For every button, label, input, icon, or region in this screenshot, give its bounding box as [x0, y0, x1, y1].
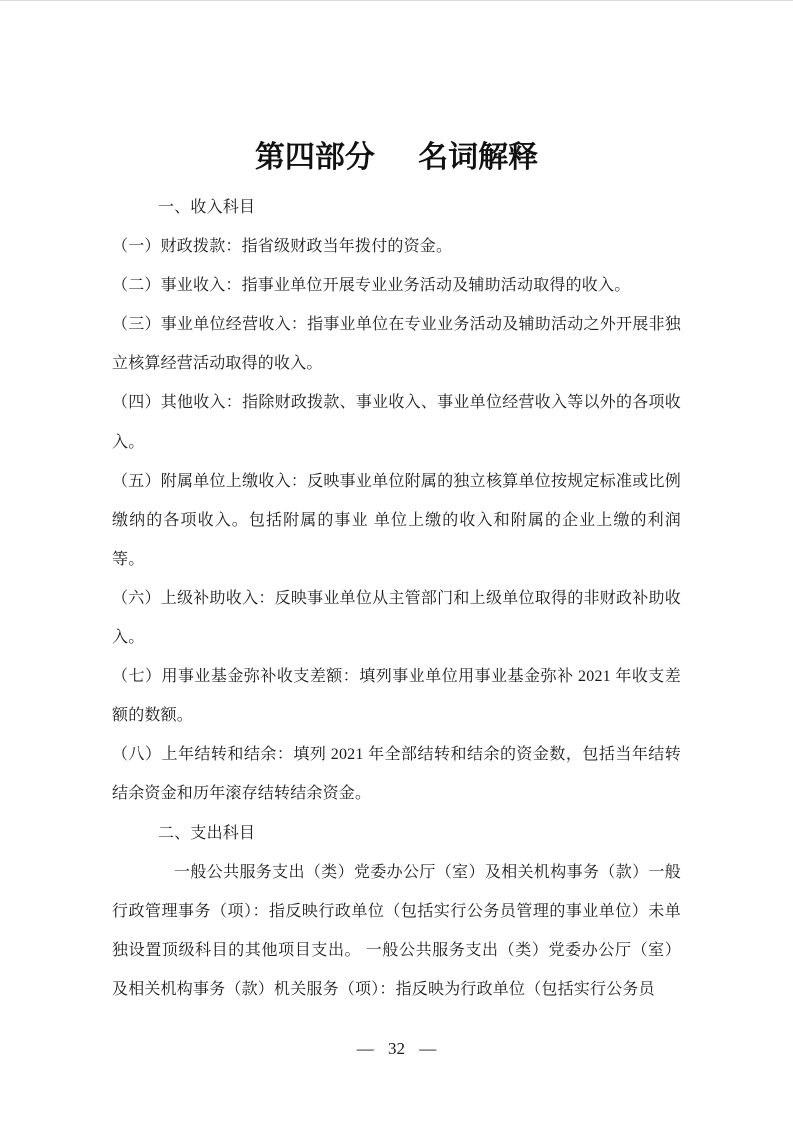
income-term-qitashouru: （四）其他收入：指除财政拨款、事业收入、事业单位经营收入等以外的各项收入。: [112, 383, 681, 461]
page-number: — 32 —: [0, 1037, 793, 1061]
income-term-shangjibuzhu: （六）上级补助收入：反映事业单位从主管部门和上级单位取得的非财政补助收入。: [112, 579, 681, 657]
income-term-jingyingshouru: （三）事业单位经营收入：指事业单位在专业业务活动及辅助活动之外开展非独立核算经营…: [112, 305, 681, 383]
income-term-caizhengbokuan: （一）财政拨款：指省级财政当年拨付的资金。: [112, 227, 681, 266]
income-term-shiyeshouru: （二）事业收入：指事业单位开展专业业务活动及辅助活动取得的收入。: [112, 266, 681, 305]
income-term-fushudanwei: （五）附属单位上缴收入：反映事业单位附属的独立核算单位按规定标准或比例缴纳的各项…: [112, 462, 681, 579]
document-page: 第四部分 名词解释 一、收入科目 （一）财政拨款：指省级财政当年拨付的资金。 （…: [0, 0, 793, 1122]
income-term-shangnianjiezhuan: （八）上年结转和结余：填列 2021 年全部结转和结余的资金数，包括当年结转结余…: [112, 735, 681, 813]
income-section-heading: 一、收入科目: [112, 188, 681, 227]
income-term-shiyejijin: （七）用事业基金弥补收支差额：填列事业单位用事业基金弥补 2021 年收支差额的…: [112, 657, 681, 735]
document-body: 一、收入科目 （一）财政拨款：指省级财政当年拨付的资金。 （二）事业收入：指事业…: [0, 188, 793, 1009]
expense-term-yibangonggongfuwu: 一般公共服务支出（类）党委办公厅（室）及相关机构事务（款）一般行政管理事务（项）…: [112, 853, 681, 1009]
expense-section-heading: 二、支出科目: [112, 814, 681, 853]
page-title: 第四部分 名词解释: [0, 1, 793, 180]
